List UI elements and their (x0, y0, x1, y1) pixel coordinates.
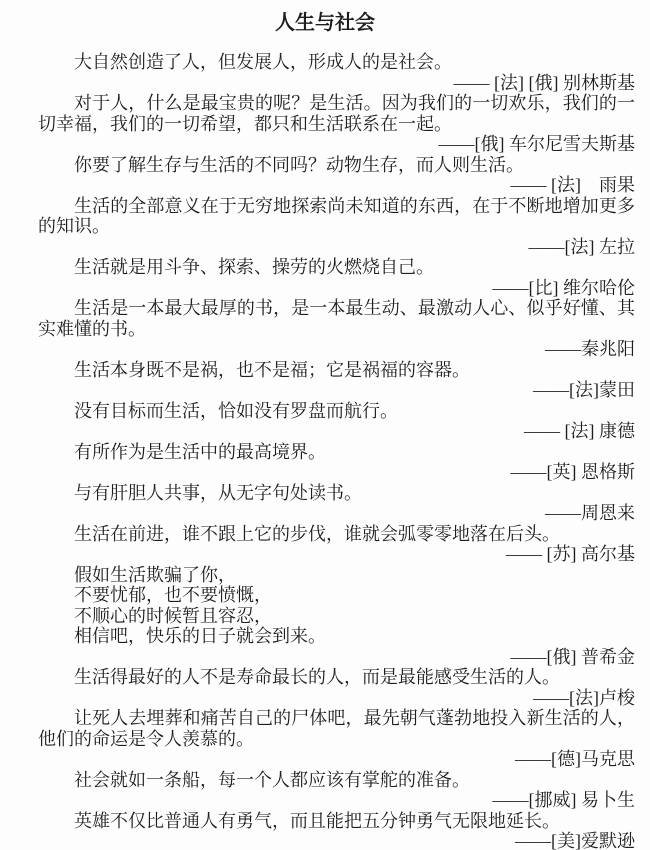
quote-attribution: ——[美]爱默逊 (38, 831, 635, 850)
quote-text: 生活得最好的人不是寿命最长的人，而是最能感受生活的人。 (38, 667, 635, 688)
quote-text: 没有目标而生活，恰如没有罗盘而航行。 (38, 401, 635, 422)
quote-block: 假如生活欺骗了你，不要忧郁，也不要愤慨，不顺心的时候暂且容忍，相信吧，快乐的日子… (38, 565, 635, 668)
quote-block: 生活在前进，谁不跟上它的步伐，谁就会弧零零地落在后头。—— [苏] 高尔基 (38, 524, 635, 565)
quote-attribution: ——[法]蒙田 (38, 380, 635, 401)
quote-block: 社会就如一条船，每一个人都应该有掌舵的准备。——[挪威] 易卜生 (38, 770, 635, 811)
quote-block: 生活是一本最大最厚的书，是一本最生动、最激动人心、似乎好懂、其实难懂的书。——秦… (38, 298, 635, 360)
quote-block: 没有目标而生活，恰如没有罗盘而航行。—— [法] 康德 (38, 401, 635, 442)
quote-verse-line: 不要忧郁，也不要愤慨， (74, 585, 635, 606)
quote-text: 生活是一本最大最厚的书，是一本最生动、最激动人心、似乎好懂、其实难懂的书。 (38, 298, 635, 339)
quote-text: 与有肝胆人共事，从无字句处读书。 (38, 483, 635, 504)
quote-block: 对于人，什么是最宝贵的呢？是生活。因为我们的一切欢乐，我们的一切幸福，我们的一切… (38, 93, 635, 155)
quote-attribution: —— [法] 康德 (38, 421, 635, 442)
quote-text: 生活在前进，谁不跟上它的步伐，谁就会弧零零地落在后头。 (38, 524, 635, 545)
document-page: 人生与社会 大自然创造了人，但发展人，形成人的是社会。—— [法] [俄] 别林… (0, 0, 650, 850)
quote-block: 生活就是用斗争、探索、操劳的火燃烧自己。——[比] 维尔哈伦 (38, 257, 635, 298)
quote-attribution: ——[俄] 车尔尼雪夫斯基 (38, 134, 635, 155)
quote-block: 让死人去埋葬和痛苦自己的尸体吧，最先朝气蓬勃地投入新生活的人，他们的命运是令人羡… (38, 708, 635, 770)
quote-block: 生活得最好的人不是寿命最长的人，而是最能感受生活的人。——[法]卢梭 (38, 667, 635, 708)
quote-verse-line: 不顺心的时候暂且容忍， (74, 606, 635, 627)
quote-attribution: ——[比] 维尔哈伦 (38, 278, 635, 299)
quote-block: 生活的全部意义在于无穷地探索尚未知道的东西，在于不断地增加更多的知识。——[法]… (38, 196, 635, 258)
quote-text: 社会就如一条船，每一个人都应该有掌舵的准备。 (38, 770, 635, 791)
quote-attribution: ——[挪威] 易卜生 (38, 790, 635, 811)
quote-text: 生活的全部意义在于无穷地探索尚未知道的东西，在于不断地增加更多的知识。 (38, 196, 635, 237)
quote-attribution: ——[德]马克思 (38, 749, 635, 770)
quote-text: 你要了解生存与生活的不同吗？动物生存，而人则生活。 (38, 155, 635, 176)
quote-text: 对于人，什么是最宝贵的呢？是生活。因为我们的一切欢乐，我们的一切幸福，我们的一切… (38, 93, 635, 134)
quote-text: 有所作为是生活中的最高境界。 (38, 442, 635, 463)
quote-text: 英雄不仅比普通人有勇气，而且能把五分钟勇气无限地延长。 (38, 811, 635, 832)
quote-verse-line: 假如生活欺骗了你， (74, 565, 635, 586)
quote-block: 大自然创造了人，但发展人，形成人的是社会。—— [法] [俄] 别林斯基 (38, 52, 635, 93)
quote-block: 你要了解生存与生活的不同吗？动物生存，而人则生活。—— [法] 雨果 (38, 155, 635, 196)
quote-attribution: ——[法] 左拉 (38, 237, 635, 258)
quote-block: 生活本身既不是祸，也不是福；它是祸福的容器。——[法]蒙田 (38, 360, 635, 401)
quote-attribution: —— [法] 雨果 (38, 175, 635, 196)
quotes-list: 大自然创造了人，但发展人，形成人的是社会。—— [法] [俄] 别林斯基对于人，… (38, 52, 635, 850)
quote-attribution: ——秦兆阳 (38, 339, 635, 360)
quote-block: 与有肝胆人共事，从无字句处读书。——周恩来 (38, 483, 635, 524)
quote-verse-line: 相信吧，快乐的日子就会到来。 (74, 626, 635, 647)
quote-text: 生活本身既不是祸，也不是福；它是祸福的容器。 (38, 360, 635, 381)
quote-attribution: ——[法]卢梭 (38, 688, 635, 709)
quote-text: 大自然创造了人，但发展人，形成人的是社会。 (38, 52, 635, 73)
quote-text: 生活就是用斗争、探索、操劳的火燃烧自己。 (38, 257, 635, 278)
quote-block: 有所作为是生活中的最高境界。——[英] 恩格斯 (38, 442, 635, 483)
quote-attribution: —— [苏] 高尔基 (38, 544, 635, 565)
quote-attribution: ——周恩来 (38, 503, 635, 524)
page-title: 人生与社会 (0, 12, 650, 34)
quote-block: 英雄不仅比普通人有勇气，而且能把五分钟勇气无限地延长。——[美]爱默逊 (38, 811, 635, 850)
quote-attribution: —— [法] [俄] 别林斯基 (38, 73, 635, 94)
quote-attribution: ——[英] 恩格斯 (38, 462, 635, 483)
quote-text: 让死人去埋葬和痛苦自己的尸体吧，最先朝气蓬勃地投入新生活的人，他们的命运是令人羡… (38, 708, 635, 749)
quote-attribution: ——[俄] 普希金 (38, 647, 635, 668)
